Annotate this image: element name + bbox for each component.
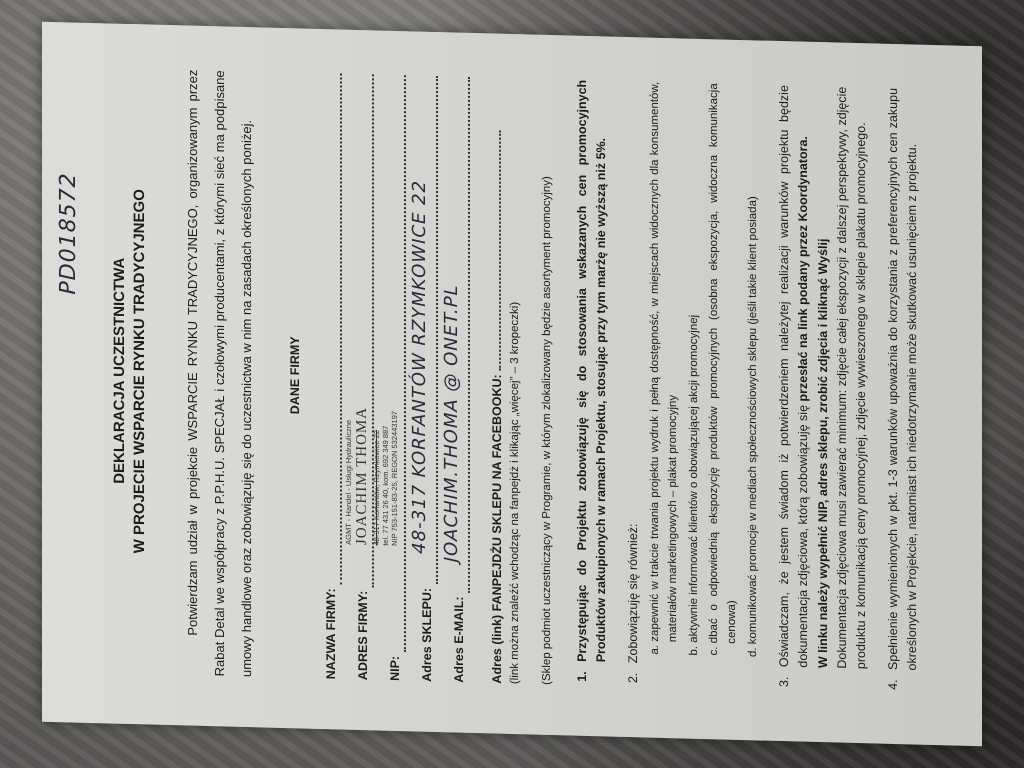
condition-3: Oświadczam, że jestem świadom iż potwier… xyxy=(775,85,872,676)
section-title-company-data: DANE FIRMY xyxy=(286,72,305,679)
condition-3-link-instructions: W linku należy wypełnić NIP, adres sklep… xyxy=(816,238,830,668)
email-line[interactable]: JOACHIM.THOMA @ ONET.PL xyxy=(450,76,470,592)
condition-3-photo-requirements: Dokumentacja zdjęciowa musi zawierać min… xyxy=(835,86,868,669)
conditions-list: Przystępując do Projektu zobowiązuję się… xyxy=(573,80,923,695)
company-name-field[interactable]: NAZWA FIRMY: AGMT - Handel - Usługi Hydr… xyxy=(322,73,342,680)
condition-2-sublist: zapewnić w trakcie trwania projektu wydr… xyxy=(647,82,763,667)
stamp-line1: AGMT - Handel - Usługi Hydrauliczne xyxy=(344,406,353,544)
company-address-field[interactable]: ADRES FIRMY: xyxy=(354,74,374,681)
company-name-label: NAZWA FIRMY: xyxy=(322,588,341,679)
facebook-label: Adres (link) FANPEJDŻU SKLEPU NA FACEBOO… xyxy=(490,374,504,684)
company-address-line[interactable] xyxy=(354,74,374,587)
condition-3-bold: przesłać na link podany przez Koordynato… xyxy=(796,136,810,402)
condition-2-intro: Zobowiązuję się również: xyxy=(626,523,640,663)
sub-item-a: zapewnić w trakcie trwania projektu wydr… xyxy=(647,82,683,643)
intro-paragraph: Potwierdzam udział w projekcie WSPARCIE … xyxy=(179,69,261,677)
sub-item-d: komunikować promocje w mediach społeczno… xyxy=(745,84,763,644)
condition-1: Przystępując do Projektu zobowiązuję się… xyxy=(573,80,612,669)
declaration-page: PD018572 DEKLARACJA UCZESTNICTWA W PROJE… xyxy=(42,22,982,747)
shop-address-field[interactable]: Adres SKLEPU: 48-317 KORFANTÓW RZYMKOWIC… xyxy=(418,76,438,683)
shop-address-label: Adres SKLEPU: xyxy=(418,588,437,682)
email-field[interactable]: Adres E-MAIL: JOACHIM.THOMA @ ONET.PL xyxy=(450,76,470,683)
title-line-2: W PROJECIE WSPARCIE RYNKU TRADYCYJNEGO xyxy=(130,68,150,675)
company-address-label: ADRES FIRMY: xyxy=(354,591,373,681)
nip-field[interactable]: NIP: xyxy=(386,75,406,682)
sub-item-c: dbać o odpowiednią ekspozycję produktów … xyxy=(706,83,742,644)
nip-label: NIP: xyxy=(386,656,405,682)
email-label: Adres E-MAIL: xyxy=(450,596,469,683)
condition-4: Spełnienie wymienionych w pkt. 1-3 warun… xyxy=(884,88,923,677)
shop-address-line[interactable]: 48-317 KORFANTÓW RZYMKOWICE 22 xyxy=(418,76,438,585)
handwritten-document-id: PD018572 xyxy=(52,172,86,295)
condition-2: Zobowiązuję się również: zapewnić w trak… xyxy=(624,81,763,673)
email-value: JOACHIM.THOMA @ ONET.PL xyxy=(438,284,466,563)
facebook-line[interactable] xyxy=(499,131,501,371)
shop-address-value: 48-317 KORFANTÓW RZYMKOWICE 22 xyxy=(406,180,434,554)
facebook-note: (link można znaleźć wchodząc na fanpejdż… xyxy=(507,78,525,684)
facebook-link-field[interactable]: Adres (link) FANPEJDŻU SKLEPU NA FACEBOO… xyxy=(488,77,507,684)
nip-line[interactable] xyxy=(386,75,406,653)
sub-item-b: aktywnie informować klientów o obowiązuj… xyxy=(686,83,704,643)
title-line-1: DEKLARACJA UCZESTNICTWA xyxy=(110,67,130,674)
document-title: DEKLARACJA UCZESTNICTWA W PROJECIE WSPAR… xyxy=(110,67,151,674)
program-note: (Sklep podmiot uczestniczący w Programie… xyxy=(539,79,557,685)
company-name-line[interactable]: AGMT - Handel - Usługi Hydrauliczne JOAC… xyxy=(322,73,342,585)
